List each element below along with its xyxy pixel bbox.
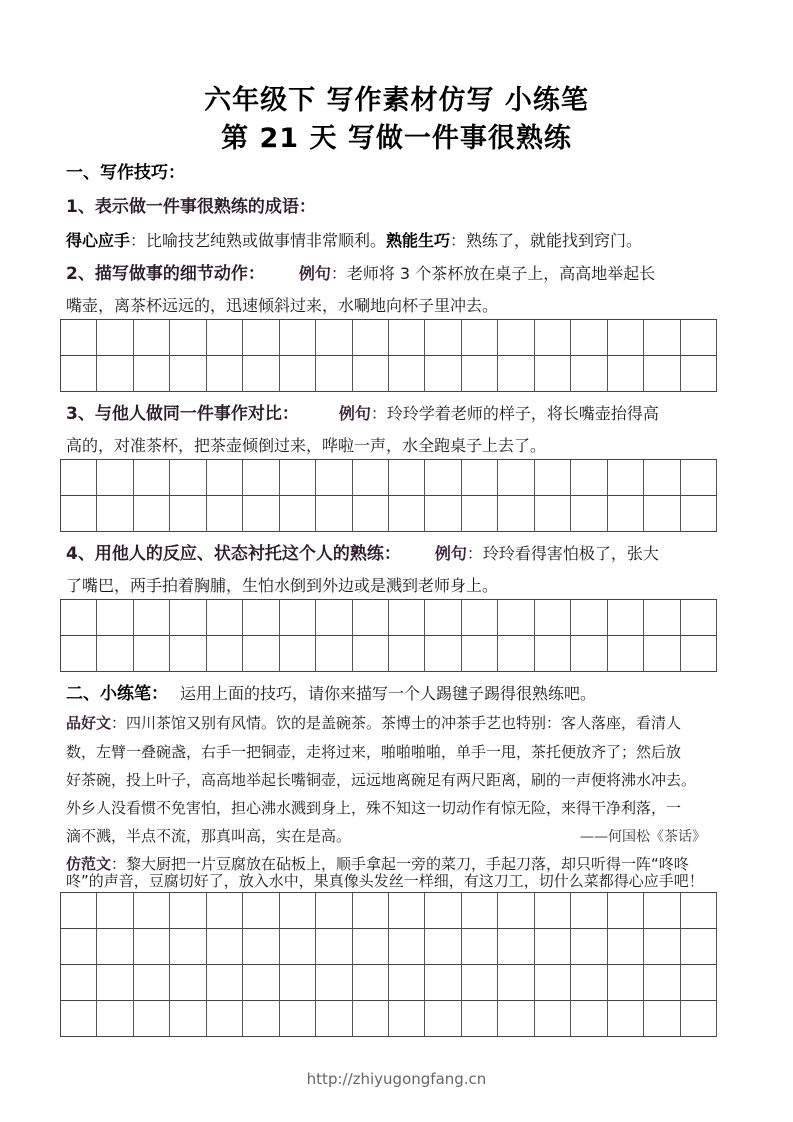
grid-cell[interactable] [462, 356, 498, 392]
writing-grid-2[interactable] [60, 459, 717, 532]
grid-cell[interactable] [353, 496, 389, 532]
grid-cell[interactable] [280, 893, 316, 929]
grid-cell[interactable] [353, 356, 389, 392]
grid-cell[interactable] [498, 893, 534, 929]
model-text-line-2: 数，左臂一叠碗盏，右手一把铜壶，走将过来，啪啪啪啪，单手一甩，茶托便放齐了；然后… [66, 741, 736, 763]
grid-cell[interactable] [170, 1001, 206, 1037]
grid-cell[interactable] [170, 636, 206, 672]
section1-heading: 一、写作技巧： [66, 162, 736, 184]
grid-cell[interactable] [425, 893, 461, 929]
grid-cell[interactable] [61, 929, 97, 965]
grid-cell[interactable] [134, 893, 170, 929]
grid-cell[interactable] [644, 965, 680, 1001]
grid-cell[interactable] [498, 496, 534, 532]
item3-example-text: ：玲玲学着老师的样子，将长嘴壶抬得高 [371, 404, 659, 423]
grid-cell[interactable] [425, 965, 461, 1001]
grid-cell[interactable] [170, 965, 206, 1001]
grid-cell[interactable] [243, 460, 279, 496]
item4-heading: 4、用他人的反应、状态衬托这个人的熟练： [66, 544, 401, 564]
grid-cell[interactable] [644, 929, 680, 965]
grid-cell[interactable] [425, 600, 461, 636]
grid-cell[interactable] [207, 965, 243, 1001]
grid-cell[interactable] [571, 1001, 607, 1037]
grid-cell[interactable] [608, 356, 644, 392]
grid-cell[interactable] [535, 460, 571, 496]
grid-cell[interactable] [644, 320, 680, 356]
idiom1-term: 得心应手 [66, 231, 130, 250]
grid-cell[interactable] [462, 636, 498, 672]
grid-cell[interactable] [608, 893, 644, 929]
grid-cell[interactable] [681, 600, 717, 636]
grid-cell[interactable] [498, 460, 534, 496]
writing-grid-4[interactable] [60, 892, 717, 1037]
grid-cell[interactable] [280, 965, 316, 1001]
item4-line1: 4、用他人的反应、状态衬托这个人的熟练：例句：玲玲看得害怕极了，张大 [66, 543, 736, 565]
grid-cell[interactable] [681, 356, 717, 392]
grid-cell[interactable] [170, 600, 206, 636]
grid-cell[interactable] [462, 965, 498, 1001]
grid-cell[interactable] [389, 893, 425, 929]
grid-cell[interactable] [61, 600, 97, 636]
grid-cell[interactable] [571, 893, 607, 929]
grid-cell[interactable] [134, 929, 170, 965]
grid-cell[interactable] [97, 1001, 133, 1037]
grid-cell[interactable] [61, 320, 97, 356]
grid-cell[interactable] [61, 496, 97, 532]
grid-cell[interactable] [425, 929, 461, 965]
grid-cell[interactable] [425, 320, 461, 356]
grid-cell[interactable] [389, 356, 425, 392]
grid-cell[interactable] [644, 1001, 680, 1037]
grid-cell[interactable] [389, 460, 425, 496]
model-text-line-1: 品好文：四川茶馆又别有风情。饮的是盖碗茶。茶博士的冲茶手艺也特别：客人落座，看清… [66, 712, 736, 734]
grid-cell[interactable] [535, 636, 571, 672]
item3-line1: 3、与他人做同一件事作对比：例句：玲玲学着老师的样子，将长嘴壶抬得高 [66, 403, 736, 425]
grid-cell[interactable] [608, 600, 644, 636]
grid-cell[interactable] [61, 965, 97, 1001]
grid-cell[interactable] [243, 965, 279, 1001]
grid-cell[interactable] [535, 893, 571, 929]
grid-cell[interactable] [535, 965, 571, 1001]
grid-cell[interactable] [498, 356, 534, 392]
item4-line2: 了嘴巴，两手拍着胸脯，生怕水倒到外边或是溅到老师身上。 [66, 575, 736, 597]
grid-cell[interactable] [243, 356, 279, 392]
item3-heading: 3、与他人做同一件事作对比： [66, 404, 299, 424]
grid-cell[interactable] [170, 893, 206, 929]
grid-cell[interactable] [207, 600, 243, 636]
grid-cell[interactable] [353, 636, 389, 672]
grid-cell[interactable] [608, 320, 644, 356]
grid-cell[interactable] [353, 1001, 389, 1037]
grid-cell[interactable] [97, 929, 133, 965]
grid-cell[interactable] [170, 320, 206, 356]
grid-cell[interactable] [61, 460, 97, 496]
grid-cell[interactable] [571, 965, 607, 1001]
grid-cell[interactable] [243, 636, 279, 672]
grid-cell[interactable] [498, 636, 534, 672]
grid-cell[interactable] [681, 965, 717, 1001]
item1-heading: 1、表示做一件事很熟练的成语： [66, 196, 736, 218]
grid-cell[interactable] [681, 1001, 717, 1037]
grid-cell[interactable] [462, 600, 498, 636]
grid-cell[interactable] [644, 600, 680, 636]
grid-cell[interactable] [644, 496, 680, 532]
grid-cell[interactable] [97, 965, 133, 1001]
grid-cell[interactable] [425, 636, 461, 672]
grid-cell[interactable] [389, 1001, 425, 1037]
grid-cell[interactable] [353, 893, 389, 929]
grid-cell[interactable] [462, 893, 498, 929]
grid-cell[interactable] [134, 320, 170, 356]
grid-cell[interactable] [97, 636, 133, 672]
grid-cell[interactable] [535, 320, 571, 356]
grid-cell[interactable] [134, 965, 170, 1001]
grid-cell[interactable] [207, 929, 243, 965]
grid-cell[interactable] [608, 929, 644, 965]
grid-cell[interactable] [207, 893, 243, 929]
grid-cell[interactable] [353, 600, 389, 636]
grid-cell[interactable] [134, 460, 170, 496]
grid-cell[interactable] [316, 1001, 352, 1037]
grid-cell[interactable] [207, 460, 243, 496]
grid-cell[interactable] [243, 1001, 279, 1037]
grid-cell[interactable] [571, 356, 607, 392]
grid-cell[interactable] [425, 356, 461, 392]
footer-url: http://zhiyugongfang.cn [0, 1070, 793, 1088]
grid-cell[interactable] [316, 460, 352, 496]
grid-cell[interactable] [134, 1001, 170, 1037]
grid-cell[interactable] [280, 496, 316, 532]
grid-cell[interactable] [207, 320, 243, 356]
grid-cell[interactable] [571, 636, 607, 672]
item4-example-label: 例句 [435, 544, 467, 563]
grid-cell[interactable] [243, 600, 279, 636]
grid-cell[interactable] [535, 496, 571, 532]
grid-cell[interactable] [280, 460, 316, 496]
grid-cell[interactable] [389, 929, 425, 965]
grid-cell[interactable] [134, 496, 170, 532]
grid-cell[interactable] [97, 460, 133, 496]
grid-cell[interactable] [353, 320, 389, 356]
item2-line2: 嘴壶，离茶杯远远的，迅速倾斜过来，水唰地向杯子里冲去。 [66, 295, 736, 317]
grid-cell[interactable] [134, 356, 170, 392]
grid-cell[interactable] [681, 636, 717, 672]
grid-cell[interactable] [207, 1001, 243, 1037]
grid-cell[interactable] [462, 929, 498, 965]
grid-cell[interactable] [97, 356, 133, 392]
grid-cell[interactable] [389, 965, 425, 1001]
grid-cell[interactable] [280, 320, 316, 356]
item3-line2: 高的，对准茶杯，把茶壶倾倒过来，哗啦一声，水全跑桌子上去了。 [66, 435, 736, 457]
item2-example-text: ：老师将 3 个茶杯放在桌子上，高高地举起长 [331, 264, 655, 283]
grid-cell[interactable] [462, 496, 498, 532]
writing-grid-3[interactable] [60, 599, 717, 672]
grid-cell[interactable] [681, 460, 717, 496]
grid-cell[interactable] [97, 893, 133, 929]
grid-cell[interactable] [243, 496, 279, 532]
grid-cell[interactable] [462, 460, 498, 496]
imitation-text-line-2: 咚”的声音，豆腐切好了，放入水中，果真像头发丝一样细，有这刀工，切什么菜都得心应… [66, 870, 736, 892]
grid-cell[interactable] [280, 636, 316, 672]
grid-cell[interactable] [498, 600, 534, 636]
grid-cell[interactable] [61, 636, 97, 672]
grid-cell[interactable] [280, 600, 316, 636]
grid-cell[interactable] [280, 929, 316, 965]
grid-cell[interactable] [243, 893, 279, 929]
grid-cell[interactable] [498, 320, 534, 356]
grid-cell[interactable] [97, 320, 133, 356]
grid-cell[interactable] [134, 636, 170, 672]
grid-cell[interactable] [608, 636, 644, 672]
idioms-line: 得心应手：比喻技艺纯熟或做事情非常顺利。熟能生巧：熟练了，就能找到窍门。 [66, 230, 736, 252]
grid-cell[interactable] [425, 460, 461, 496]
grid-cell[interactable] [608, 1001, 644, 1037]
item2-example-label: 例句 [299, 264, 331, 283]
grid-cell[interactable] [61, 893, 97, 929]
grid-cell[interactable] [535, 356, 571, 392]
grid-cell[interactable] [571, 460, 607, 496]
item2-heading: 2、描写做事的细节动作： [66, 264, 265, 284]
model-text-line-3: 好茶碗，投上叶子，高高地举起长嘴铜壶，远远地离碗足有两尺距离，刷的一声便将沸水冲… [66, 769, 736, 791]
grid-cell[interactable] [425, 496, 461, 532]
item3-example-label: 例句 [339, 404, 371, 423]
grid-cell[interactable] [134, 600, 170, 636]
item4-example-text: ：玲玲看得害怕极了，张大 [467, 544, 659, 563]
grid-cell[interactable] [316, 600, 352, 636]
grid-cell[interactable] [353, 929, 389, 965]
item2-line1: 2、描写做事的细节动作：例句：老师将 3 个茶杯放在桌子上，高高地举起长 [66, 263, 736, 285]
grid-cell[interactable] [389, 636, 425, 672]
title-line-2: 第 21 天 写做一件事很熟练 [0, 116, 793, 155]
grid-cell[interactable] [61, 1001, 97, 1037]
grid-cell[interactable] [644, 356, 680, 392]
grid-cell[interactable] [207, 636, 243, 672]
model-attribution: ——何国松《茶话》 [580, 826, 706, 846]
grid-cell[interactable] [316, 496, 352, 532]
grid-cell[interactable] [207, 496, 243, 532]
grid-cell[interactable] [170, 929, 206, 965]
grid-cell[interactable] [498, 965, 534, 1001]
idiom2-term: 熟能生巧 [386, 231, 450, 250]
grid-cell[interactable] [498, 1001, 534, 1037]
model-text-line-4: 外乡人没看惯不免害怕，担心沸水溅到身上，殊不知这一切动作有惊无险，来得干净利落，… [66, 797, 736, 819]
grid-cell[interactable] [316, 929, 352, 965]
grid-cell[interactable] [571, 320, 607, 356]
grid-cell[interactable] [316, 893, 352, 929]
grid-cell[interactable] [462, 1001, 498, 1037]
grid-cell[interactable] [280, 356, 316, 392]
grid-cell[interactable] [170, 356, 206, 392]
grid-cell[interactable] [425, 1001, 461, 1037]
grid-cell[interactable] [97, 496, 133, 532]
grid-cell[interactable] [207, 356, 243, 392]
grid-cell[interactable] [535, 1001, 571, 1037]
grid-cell[interactable] [97, 600, 133, 636]
idiom2-definition: ：熟练了，就能找到窍门。 [450, 231, 642, 250]
model-text-label: 品好文 [66, 714, 111, 732]
grid-cell[interactable] [608, 496, 644, 532]
grid-cell[interactable] [389, 496, 425, 532]
grid-cell[interactable] [644, 636, 680, 672]
grid-cell[interactable] [389, 600, 425, 636]
grid-cell[interactable] [571, 600, 607, 636]
idiom1-definition: ：比喻技艺纯熟或做事情非常顺利。 [130, 231, 386, 250]
grid-cell[interactable] [316, 965, 352, 1001]
grid-cell[interactable] [608, 965, 644, 1001]
title-line-1: 六年级下 写作素材仿写 小练笔 [0, 78, 793, 117]
grid-cell[interactable] [571, 496, 607, 532]
grid-cell[interactable] [608, 460, 644, 496]
grid-cell[interactable] [498, 929, 534, 965]
grid-cell[interactable] [316, 636, 352, 672]
grid-cell[interactable] [681, 893, 717, 929]
grid-cell[interactable] [644, 893, 680, 929]
section2-line: 二、小练笔：运用上面的技巧，请你来描写一个人踢毽子踢得很熟练吧。 [66, 683, 736, 705]
section2-prompt: 运用上面的技巧，请你来描写一个人踢毽子踢得很熟练吧。 [180, 684, 596, 703]
grid-cell[interactable] [681, 496, 717, 532]
grid-cell[interactable] [353, 965, 389, 1001]
grid-cell[interactable] [535, 600, 571, 636]
grid-cell[interactable] [644, 460, 680, 496]
grid-cell[interactable] [61, 356, 97, 392]
grid-cell[interactable] [170, 496, 206, 532]
grid-cell[interactable] [681, 320, 717, 356]
grid-cell[interactable] [316, 320, 352, 356]
grid-cell[interactable] [535, 929, 571, 965]
grid-cell[interactable] [170, 460, 206, 496]
grid-cell[interactable] [462, 320, 498, 356]
writing-grid-1[interactable] [60, 319, 717, 392]
section2-heading: 二、小练笔： [66, 684, 168, 704]
grid-cell[interactable] [681, 929, 717, 965]
grid-cell[interactable] [389, 320, 425, 356]
grid-cell[interactable] [316, 356, 352, 392]
grid-cell[interactable] [243, 320, 279, 356]
grid-cell[interactable] [571, 929, 607, 965]
grid-cell[interactable] [353, 460, 389, 496]
grid-cell[interactable] [280, 1001, 316, 1037]
grid-cell[interactable] [243, 929, 279, 965]
